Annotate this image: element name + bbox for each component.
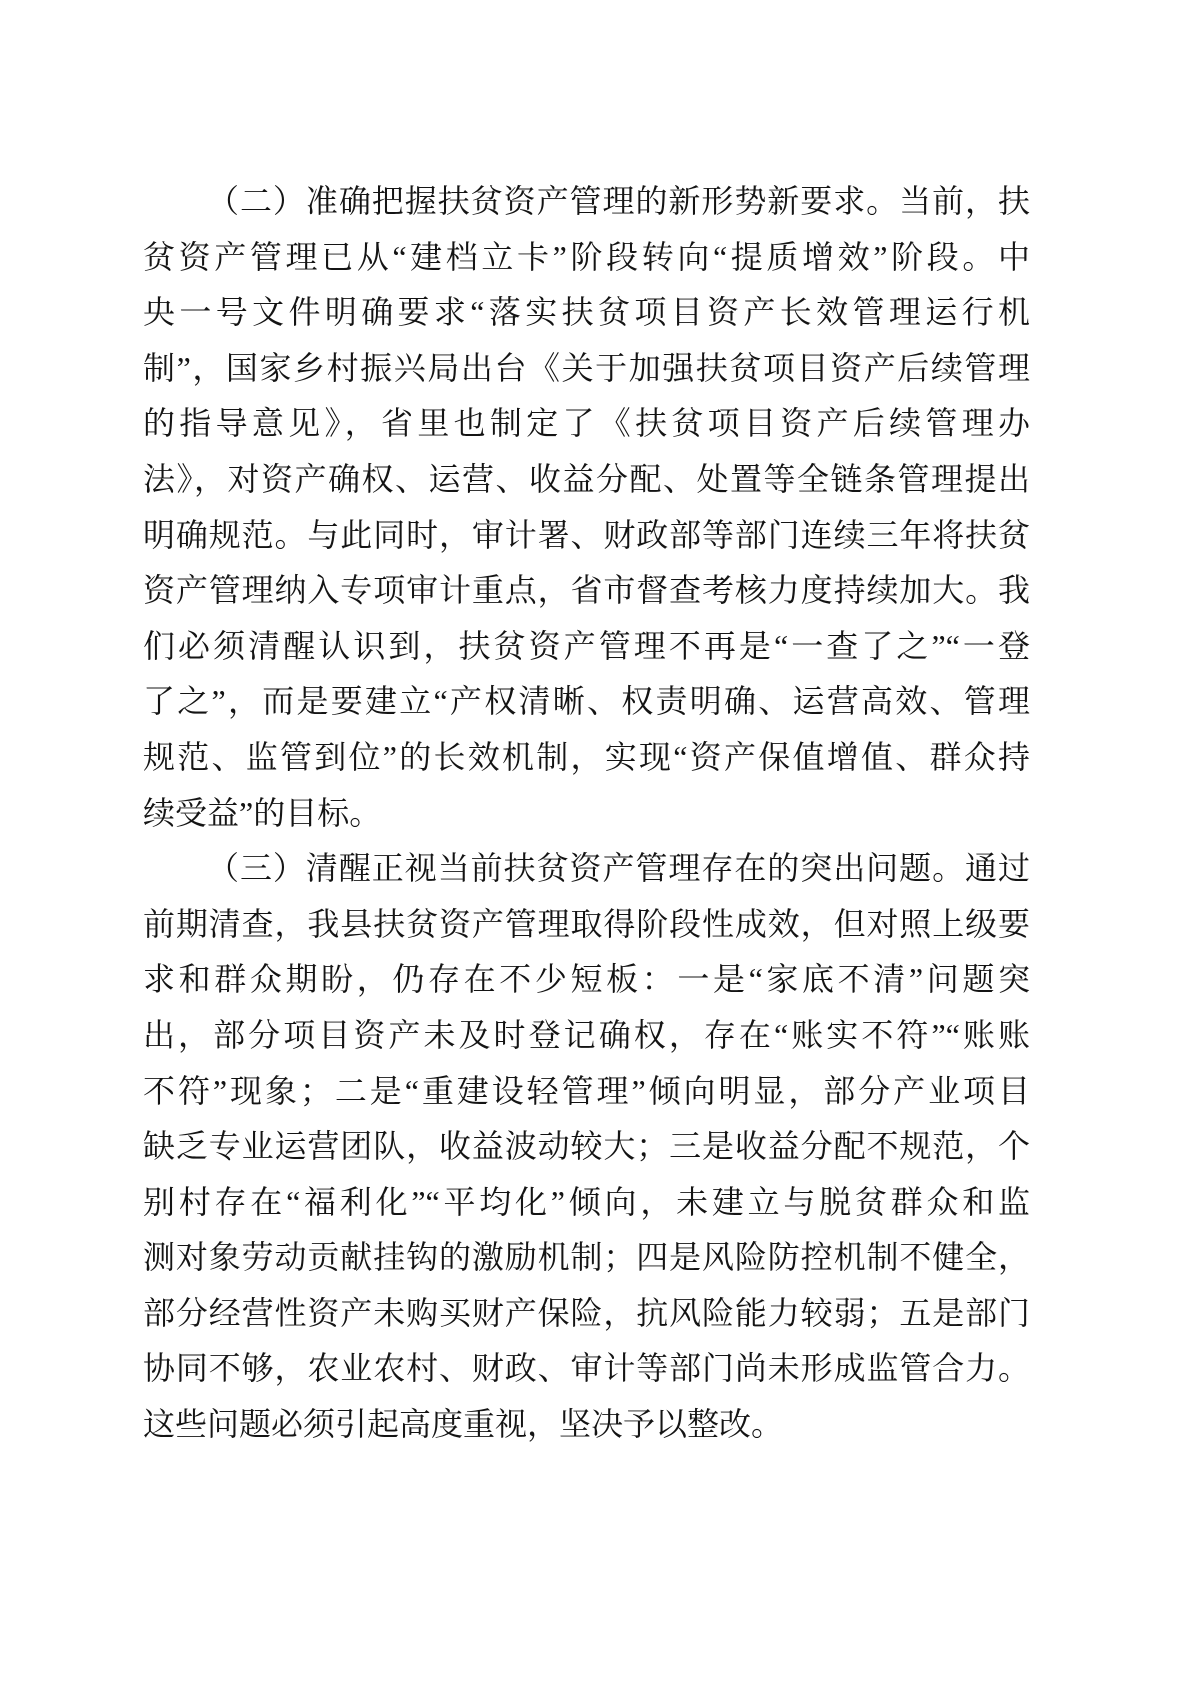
paragraph-3-line: 部分经营性资产未购买财产保险，抗风险能力较弱；五是部门	[143, 1286, 1030, 1342]
paragraph-2-line: 明确规范。与此同时，审计署、财政部等部门连续三年将扶贫	[143, 508, 1030, 564]
paragraph-2-line: 央一号文件明确要求“落实扶贫项目资产长效管理运行机	[143, 285, 1030, 341]
paragraph-2-line: 们必须清醒认识到，扶贫资产管理不再是“一查了之”“一登	[143, 619, 1030, 675]
paragraph-3-line: 协同不够，农业农村、财政、审计等部门尚未形成监管合力。	[143, 1341, 1030, 1397]
paragraph-3-line: 前期清查，我县扶贫资产管理取得阶段性成效，但对照上级要	[143, 897, 1030, 953]
paragraph-2-line: 贫资产管理已从“建档立卡”阶段转向“提质增效”阶段。中	[143, 230, 1030, 286]
paragraph-3-line: 出，部分项目资产未及时登记确权，存在“账实不符”“账账	[143, 1008, 1030, 1064]
document-page: （二）准确把握扶贫资产管理的新形势新要求。当前，扶 贫资产管理已从“建档立卡”阶…	[0, 0, 1190, 1683]
paragraph-3-line: 这些问题必须引起高度重视，坚决予以整改。	[143, 1397, 1030, 1453]
paragraph-3-line: 测对象劳动贡献挂钩的激励机制；四是风险防控机制不健全，	[143, 1230, 1030, 1286]
paragraph-2-line: 的指导意见》，省里也制定了《扶贫项目资产后续管理办	[143, 396, 1030, 452]
paragraph-3-line: （三）清醒正视当前扶贫资产管理存在的突出问题。通过	[143, 841, 1030, 897]
paragraph-3-line: 缺乏专业运营团队，收益波动较大；三是收益分配不规范，个	[143, 1119, 1030, 1175]
paragraph-3-line: 不符”现象；二是“重建设轻管理”倾向明显，部分产业项目	[143, 1064, 1030, 1120]
paragraph-2-line: 资产管理纳入专项审计重点，省市督查考核力度持续加大。我	[143, 563, 1030, 619]
paragraph-2-line: 续受益”的目标。	[143, 786, 1030, 842]
paragraph-2-line: 规范、监管到位”的长效机制，实现“资产保值增值、群众持	[143, 730, 1030, 786]
paragraph-3-line: 别村存在“福利化”“平均化”倾向，未建立与脱贫群众和监	[143, 1175, 1030, 1231]
document-text-block: （二）准确把握扶贫资产管理的新形势新要求。当前，扶 贫资产管理已从“建档立卡”阶…	[143, 174, 1030, 1453]
paragraph-2-line: （二）准确把握扶贫资产管理的新形势新要求。当前，扶	[143, 174, 1030, 230]
paragraph-3-line: 求和群众期盼，仍存在不少短板：一是“家底不清”问题突	[143, 952, 1030, 1008]
paragraph-2-line: 制”，国家乡村振兴局出台《关于加强扶贫项目资产后续管理	[143, 341, 1030, 397]
paragraph-2-line: 法》，对资产确权、运营、收益分配、处置等全链条管理提出	[143, 452, 1030, 508]
paragraph-2-line: 了之”，而是要建立“产权清晰、权责明确、运营高效、管理	[143, 674, 1030, 730]
